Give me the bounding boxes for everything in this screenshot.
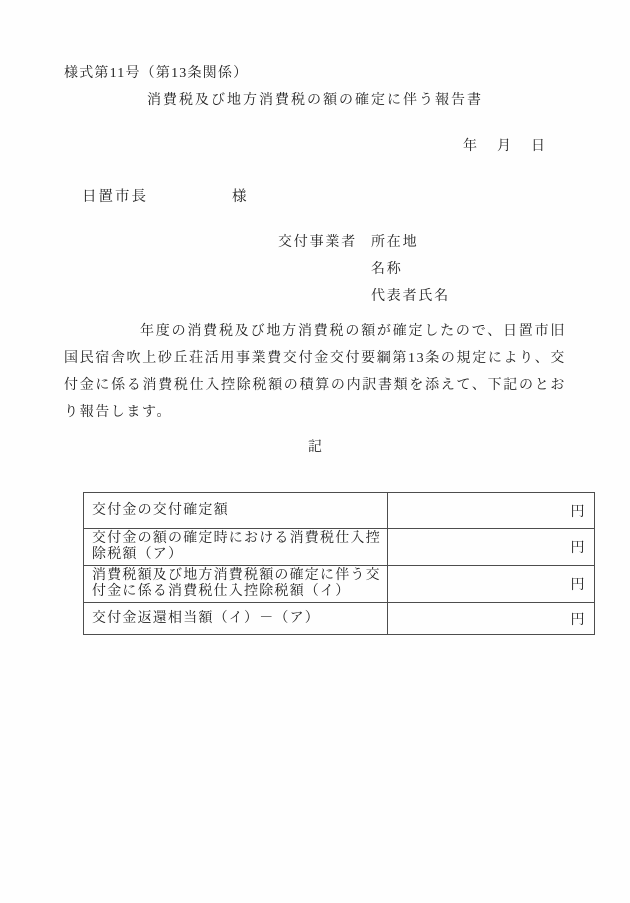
addressee: 日置市長様 xyxy=(82,185,249,206)
document-title: 消費税及び地方消費税の額の確定に伴う報告書 xyxy=(0,89,630,109)
issuer-field-name: 名称 xyxy=(371,256,450,283)
form-number: 様式第11号（第13条関係） xyxy=(64,62,248,82)
body-paragraph: 年度の消費税及び地方消費税の額が確定したので、日置市旧国民宿舎吹上砂丘荘活用事業… xyxy=(64,318,566,426)
table-row: 交付金の交付確定額 円 xyxy=(84,493,595,529)
amount-unit-cell: 円 xyxy=(388,603,595,635)
table-row: 交付金の額の確定時における消費税仕入控除税額（ア） 円 xyxy=(84,529,595,566)
amount-unit-cell: 円 xyxy=(388,529,595,566)
record-marker: 記 xyxy=(0,436,630,456)
addressee-name: 日置市長 xyxy=(82,189,148,205)
table-row: 交付金返還相当額（イ）－（ア） 円 xyxy=(84,603,595,635)
row-label: 交付金返還相当額（イ）－（ア） xyxy=(84,603,388,635)
amount-unit-cell: 円 xyxy=(388,566,595,603)
table-row: 消費税額及び地方消費税額の確定に伴う交付金に係る消費税仕入控除税額（イ） 円 xyxy=(84,566,595,603)
addressee-honorific: 様 xyxy=(232,189,249,205)
issuer-fields: 所在地 名称 代表者氏名 xyxy=(371,229,450,310)
issuer-field-location: 所在地 xyxy=(371,229,450,256)
issuer-block: 交付事業者 所在地 名称 代表者氏名 xyxy=(278,229,450,310)
row-label: 交付金の額の確定時における消費税仕入控除税額（ア） xyxy=(84,529,388,566)
issuer-label: 交付事業者 xyxy=(278,229,357,256)
date-line: 年 月 日 xyxy=(463,135,548,155)
row-label: 消費税額及び地方消費税額の確定に伴う交付金に係る消費税仕入控除税額（イ） xyxy=(84,566,388,603)
issuer-field-representative: 代表者氏名 xyxy=(371,283,450,310)
amount-unit-cell: 円 xyxy=(388,493,595,529)
row-label: 交付金の交付確定額 xyxy=(84,493,388,529)
amounts-table: 交付金の交付確定額 円 交付金の額の確定時における消費税仕入控除税額（ア） 円 … xyxy=(83,492,595,635)
report-form-page: 様式第11号（第13条関係） 消費税及び地方消費税の額の確定に伴う報告書 年 月… xyxy=(0,0,630,903)
